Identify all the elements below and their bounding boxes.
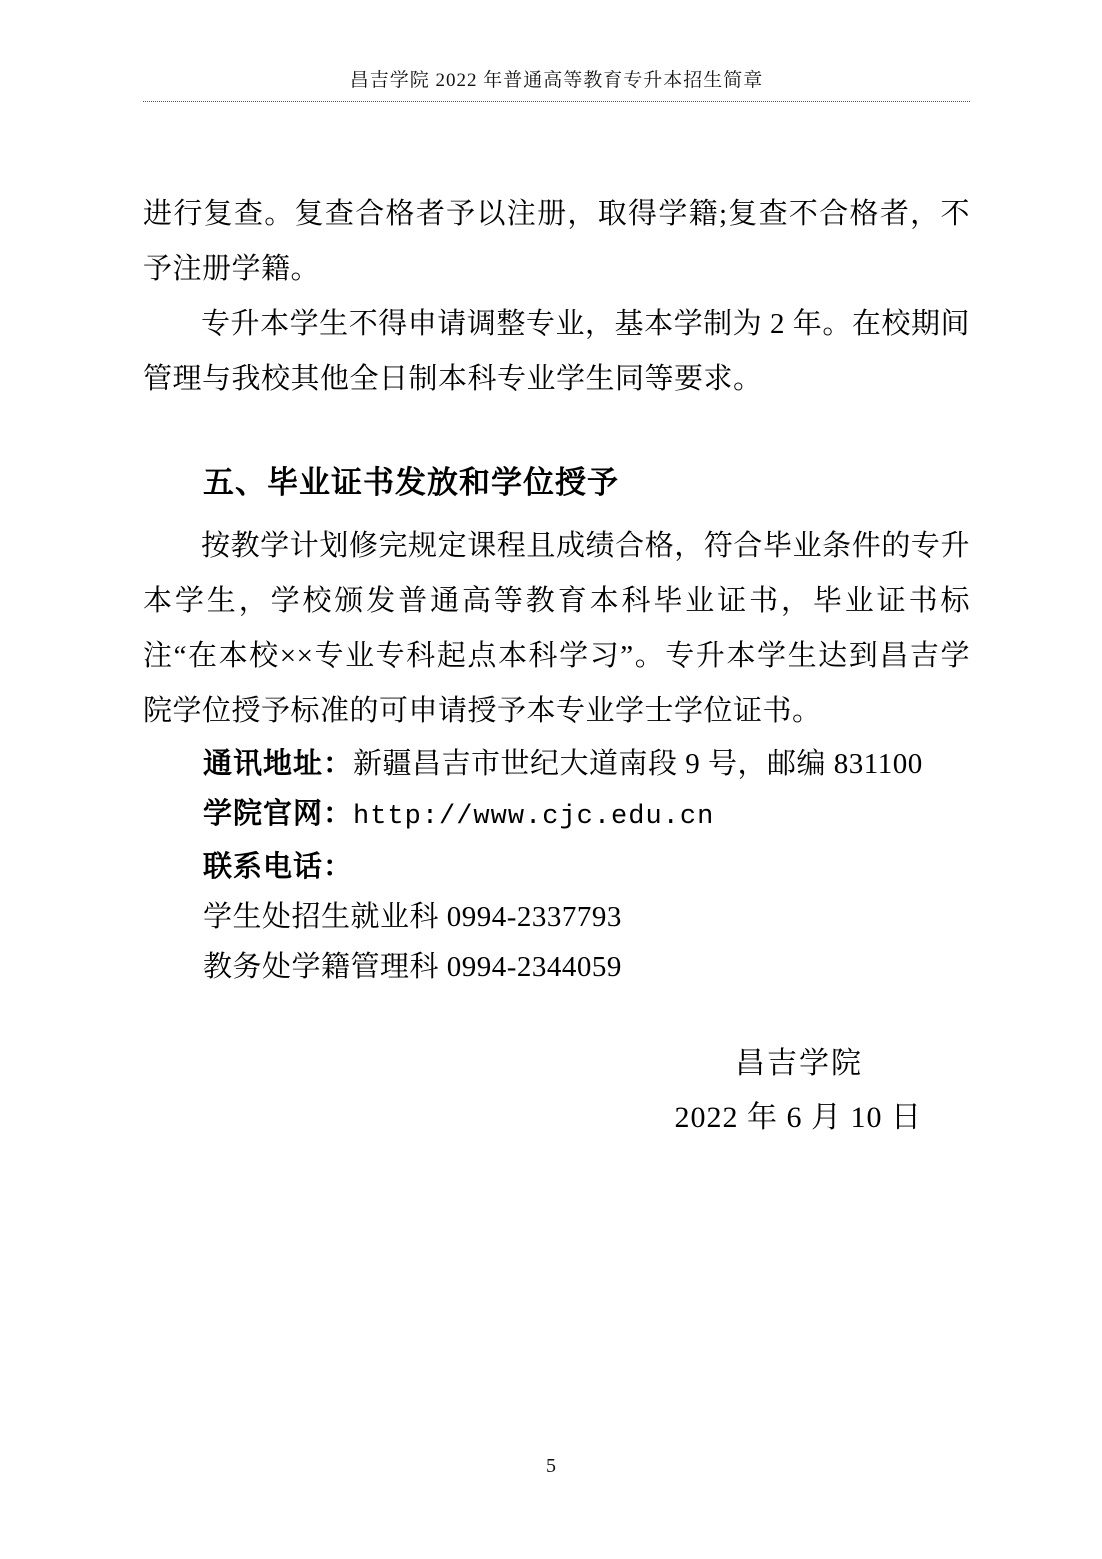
- document-body: 进行复查。复查合格者予以注册，取得学籍;复查不合格者，不予注册学籍。 专升本学生…: [143, 187, 970, 1145]
- signature-organization: 昌吉学院: [143, 1037, 970, 1091]
- signature-block: 昌吉学院 2022 年 6 月 10 日: [143, 1037, 970, 1145]
- phone-label: 联系电话：: [203, 851, 353, 883]
- page-header: 昌吉学院 2022 年普通高等教育专升本招生简章: [143, 0, 970, 102]
- contact-phone-label-line: 联系电话：: [143, 842, 970, 892]
- phone-line-registrar-office: 教务处学籍管理科 0994-2344059: [143, 942, 970, 992]
- address-label: 通讯地址：: [203, 748, 353, 780]
- paragraph-program-rules: 专升本学生不得申请调整专业，基本学制为 2 年。在校期间管理与我校其他全日制本科…: [143, 297, 970, 407]
- website-label: 学院官网：: [203, 798, 353, 830]
- header-title: 昌吉学院 2022 年普通高等教育专升本招生简章: [143, 68, 970, 94]
- address-value: 新疆昌吉市世纪大道南段 9 号，邮编 831100: [353, 748, 923, 780]
- website-url: http://www.cjc.edu.cn: [353, 802, 714, 832]
- paragraph-graduation-degree: 按教学计划修完规定课程且成绩合格，符合毕业条件的专升本学生，学校颁发普通高等教育…: [143, 519, 970, 739]
- phone-line-admissions-office: 学生处招生就业科 0994-2337793: [143, 892, 970, 942]
- contact-website-line: 学院官网：http://www.cjc.edu.cn: [143, 789, 970, 842]
- page-footer: 5: [0, 1455, 1102, 1478]
- section-heading-diploma-degree: 五、毕业证书发放和学位授予: [143, 465, 970, 501]
- paragraph-registration-review: 进行复查。复查合格者予以注册，取得学籍;复查不合格者，不予注册学籍。: [143, 187, 970, 297]
- document-page: 昌吉学院 2022 年普通高等教育专升本招生简章 进行复查。复查合格者予以注册，…: [0, 0, 1102, 1559]
- contact-address-line: 通讯地址：新疆昌吉市世纪大道南段 9 号，邮编 831100: [143, 739, 970, 789]
- signature-date: 2022 年 6 月 10 日: [143, 1091, 970, 1145]
- page-number: 5: [546, 1455, 556, 1477]
